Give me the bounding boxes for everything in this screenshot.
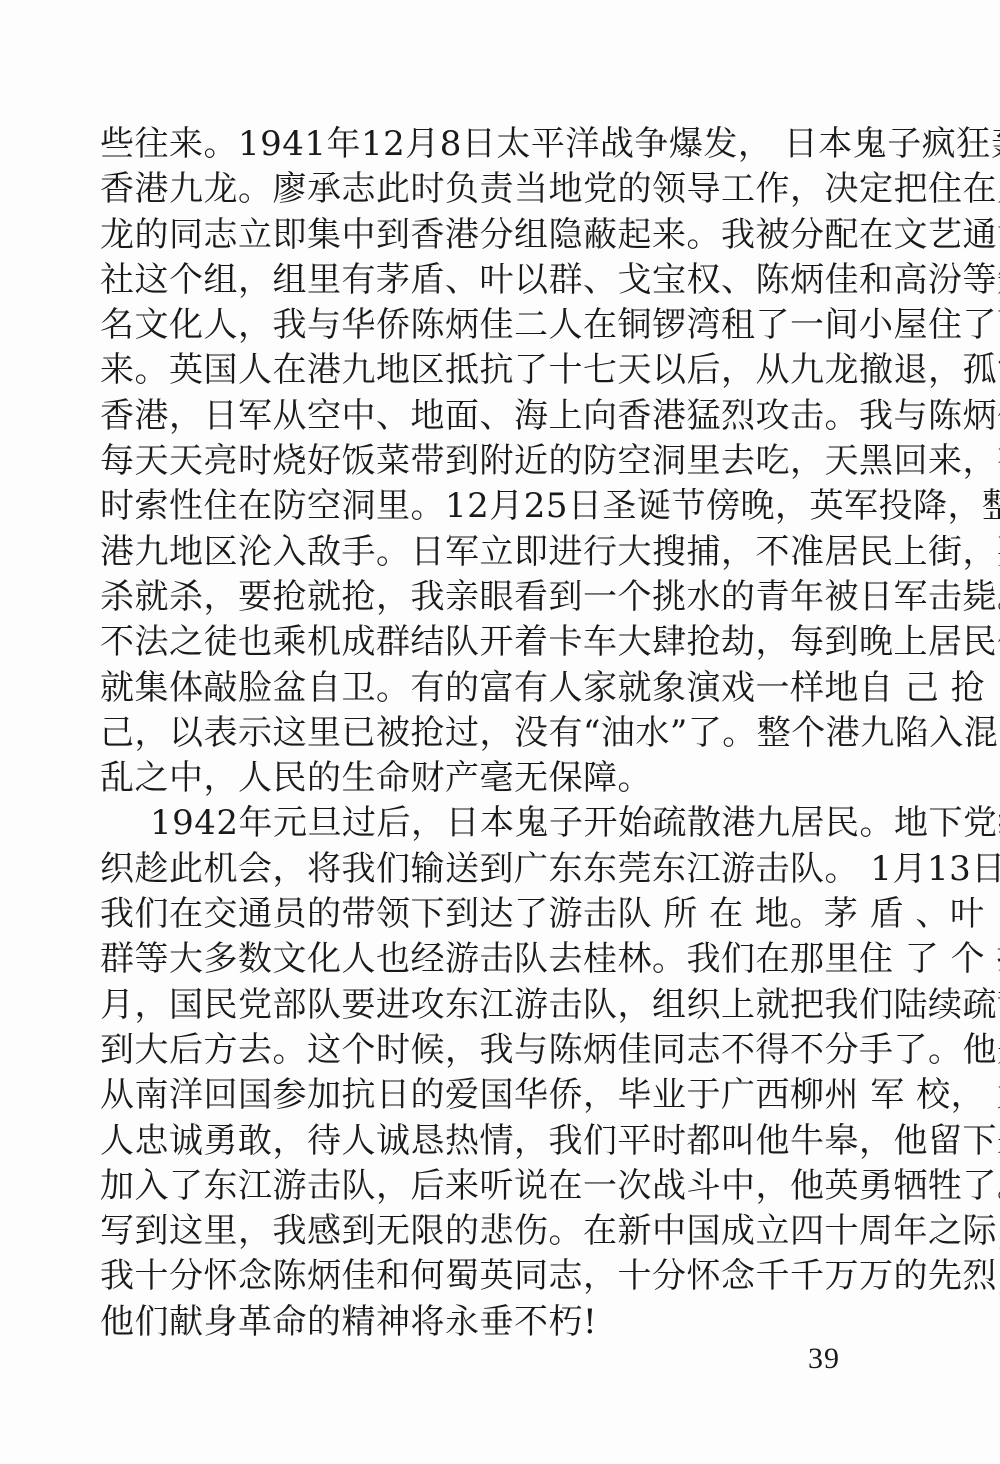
text-line: 些往来。1941年12月8日太平洋战争爆发， 日本鬼子疯狂轰炸	[100, 122, 910, 167]
book-page: 些往来。1941年12月8日太平洋战争爆发， 日本鬼子疯狂轰炸 香港九龙。廖承志…	[0, 0, 1000, 1464]
text-line: 就集体敲脸盆自卫。有的富有人家就象演戏一样地自 己 抢 自	[100, 666, 910, 711]
body-text: 些往来。1941年12月8日太平洋战争爆发， 日本鬼子疯狂轰炸 香港九龙。廖承志…	[100, 122, 910, 1345]
page-number: 39	[808, 1342, 840, 1376]
text-line: 不法之徒也乘机成群结队开着卡车大肆抢劫，每到晚上居民们	[100, 620, 910, 665]
text-line: 时索性住在防空洞里。12月25日圣诞节傍晚，英军投降，整个	[100, 484, 910, 529]
text-line: 月，国民党部队要进攻东江游击队，组织上就把我们陆续疏散	[100, 983, 910, 1028]
text-line: 己，以表示这里已被抢过，没有“油水”了。整个港九陷入混	[100, 711, 910, 756]
text-line: 人忠诚勇敢，待人诚恳热情，我们平时都叫他牛皋，他留下来	[100, 1119, 910, 1164]
text-line: 龙的同志立即集中到香港分组隐蔽起来。我被分配在文艺通讯	[100, 213, 910, 258]
paragraph-end-line: 他们献身革命的精神将永垂不朽!	[100, 1300, 910, 1345]
text-line: 我十分怀念陈炳佳和何蜀英同志，十分怀念千千万万的先烈，	[100, 1254, 910, 1299]
text-line: 我们在交通员的带领下到达了游击队 所 在 地。茅 盾 、叶 以	[100, 892, 910, 937]
text-line: 港九地区沦入敌手。日军立即进行大搜捕，不准居民上街，要	[100, 530, 910, 575]
text-line: 到大后方去。这个时候，我与陈炳佳同志不得不分手了。他是	[100, 1028, 910, 1073]
text-line: 香港，日军从空中、地面、海上向香港猛烈攻击。我与陈炳佳	[100, 394, 910, 439]
paragraph-start-line: 1942年元旦过后，日本鬼子开始疏散港九居民。地下党组	[100, 801, 910, 846]
text-line: 每天天亮时烧好饭菜带到附近的防空洞里去吃，天黑回来，有	[100, 439, 910, 484]
text-line: 写到这里，我感到无限的悲伤。在新中国成立四十周年之际，	[100, 1209, 910, 1254]
text-line: 来。英国人在港九地区抵抗了十七天以后，从九龙撤退，孤守	[100, 348, 910, 393]
text-line: 加入了东江游击队，后来听说在一次战斗中，他英勇牺牲了。	[100, 1164, 910, 1209]
text-line: 织趁此机会，将我们输送到广东东莞东江游击队。 1月13日，	[100, 847, 910, 892]
text-line: 香港九龙。廖承志此时负责当地党的领导工作，决定把住在九	[100, 167, 910, 212]
text-line: 社这个组，组里有茅盾、叶以群、戈宝权、陈炳佳和高汾等知	[100, 258, 910, 303]
text-line: 杀就杀，要抢就抢，我亲眼看到一个挑水的青年被日军击毙。	[100, 575, 910, 620]
text-line: 群等大多数文化人也经游击队去桂林。我们在那里住 了 个 把	[100, 937, 910, 982]
paragraph-end-line: 乱之中，人民的生命财产毫无保障。	[100, 756, 910, 801]
text-line: 从南洋回国参加抗日的爱国华侨，毕业于广西柳州 军 校， 为	[100, 1073, 910, 1118]
text-line: 名文化人，我与华侨陈炳佳二人在铜锣湾租了一间小屋住了下	[100, 303, 910, 348]
